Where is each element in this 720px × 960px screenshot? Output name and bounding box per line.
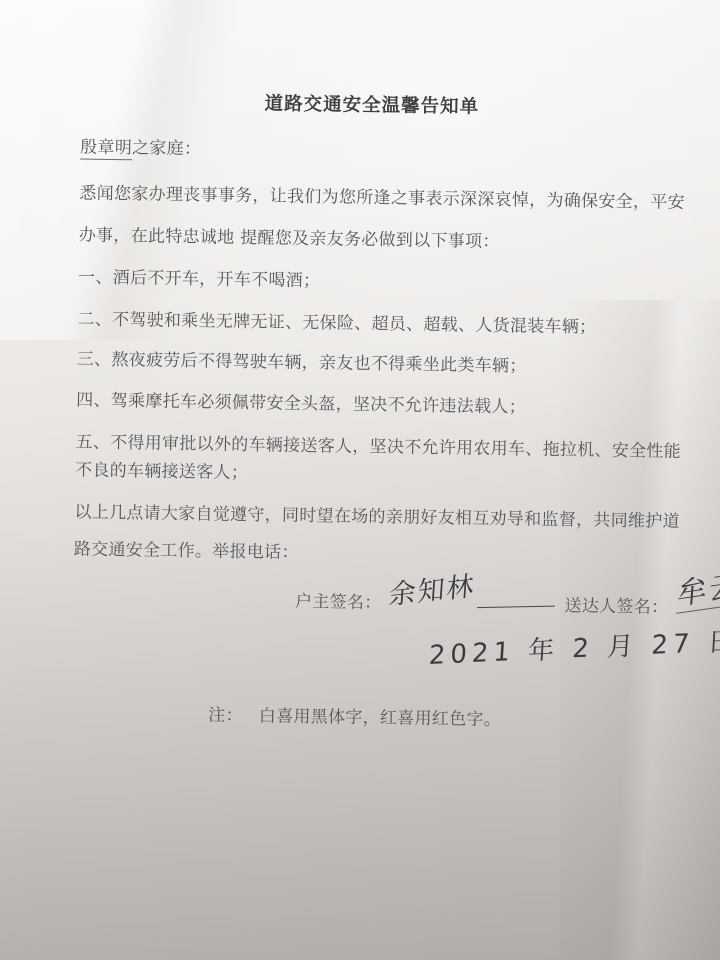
notice-item-3: 三、熬夜疲劳后不得驾驶车辆，亲友也不得乘坐此类车辆； — [77, 347, 527, 378]
householder-signature-underline — [477, 606, 555, 608]
deliverer-signature-label: 送达人签名： — [564, 596, 668, 618]
handwritten-date: 2021 年 2 月 27 日 — [428, 629, 720, 669]
traffic-safety-notice-document: 道路交通安全温馨告知单 殷章明之家庭： 悉闻您家办理丧事事务，让我们为您所逢之事… — [67, 0, 664, 960]
closing-line-1: 以上几点请大家自觉遵守，同时望在场的亲朋好友相互劝导和监督，共同维护道 — [74, 500, 680, 534]
signature-row: 户主签名：余知林送达人签名：牟云华 — [295, 583, 720, 623]
closing-line-2: 路交通安全工作。举报电话： — [74, 537, 299, 565]
addressee-name: 殷章明 — [80, 137, 132, 160]
note-label: 注： — [208, 706, 243, 727]
householder-signature-handwritten: 余知林 — [387, 573, 475, 610]
note-text: 白喜用黑体字，红喜用红色字。 — [259, 706, 501, 730]
deliverer-signature-handwritten: 牟云华 — [676, 567, 720, 614]
householder-signature-label: 户主签名： — [295, 592, 382, 613]
addressee-line: 殷章明之家庭： — [80, 135, 201, 161]
date-line: 2021 年 2 月 27 日 — [428, 643, 720, 676]
note-line: 注：白喜用黑体字，红喜用红色字。 — [208, 704, 501, 733]
notice-item-1: 一、酒后不开车，开车不喝酒； — [78, 265, 321, 293]
addressee-suffix: 之家庭： — [132, 138, 202, 159]
document-title: 道路交通安全温馨告知单 — [81, 89, 663, 122]
photographed-paper-background: 道路交通安全温馨告知单 殷章明之家庭： 悉闻您家办理丧事事务，让我们为您所逢之事… — [0, 0, 720, 960]
notice-item-2: 二、不驾驶和乘坐无牌无证、无保险、超员、超载、人货混装车辆； — [77, 307, 596, 339]
notice-item-4: 四、驾乘摩托车必须佩带安全头盔，坚决不允许违法载人； — [76, 388, 526, 419]
intro-line-1: 悉闻您家办理丧事事务，让我们为您所逢之事表示深深哀悼，为确保安全，平安 — [79, 181, 685, 215]
intro-line-2: 办事，在此特忠诚地 提醒您及亲友务必做到以下事项： — [79, 223, 500, 254]
notice-item-5-line-2: 不良的车辆接送客人； — [75, 458, 248, 485]
